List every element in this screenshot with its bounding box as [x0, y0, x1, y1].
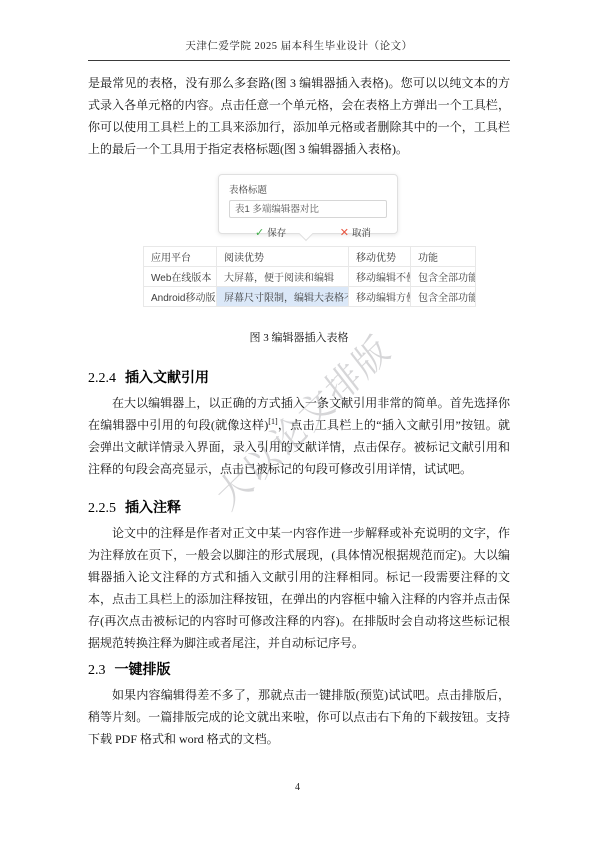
- editor-comparison-table: 应用平台 阅读优势 移动优势 功能 Web在线版本 大屏幕，便于阅读和编辑 移动…: [143, 246, 476, 307]
- section-number: 2.3: [88, 663, 106, 678]
- column-header: 应用平台: [144, 247, 217, 267]
- section-title: 插入文献引用: [125, 369, 209, 385]
- figure-editor-insert-table: 表格标题 表1 多端编辑器对比 ✓ 保存 ✕ 取消 应用平台 阅读优势 移动优势…: [88, 166, 510, 350]
- table-title-label: 表格标题: [229, 182, 387, 196]
- section-number: 2.2.5: [88, 501, 116, 516]
- column-header: 阅读优势: [217, 247, 349, 267]
- figure-caption: 图 3 编辑器插入表格: [88, 329, 510, 345]
- section-heading-2-2-5: 2.2.5插入注释: [88, 497, 510, 519]
- section-title: 一键排版: [115, 661, 171, 677]
- table-cell: 移动编辑不便: [349, 267, 411, 287]
- document-page: 天津仁爱学院 2025 届本科生毕业设计（论文） 是最常见的表格，没有那么多套路…: [0, 0, 595, 842]
- column-header: 移动优势: [349, 247, 411, 267]
- check-icon: ✓: [255, 226, 264, 239]
- table-cell: 包含全部功能: [411, 287, 476, 307]
- table-title-popup: 表格标题 表1 多端编辑器对比 ✓ 保存 ✕ 取消: [218, 174, 398, 234]
- citation-ref-marker: [1]: [268, 417, 277, 426]
- section-heading-2-2-4: 2.2.4插入文献引用: [88, 367, 510, 389]
- page-number: 4: [0, 782, 595, 793]
- section-title: 插入注释: [125, 499, 181, 515]
- table-cell: 包含全部功能: [411, 267, 476, 287]
- running-head: 天津仁爱学院 2025 届本科生毕业设计（论文）: [88, 38, 510, 61]
- table-cell: Android移动版本: [144, 287, 217, 307]
- intro-paragraph: 是最常见的表格，没有那么多套路(图 3 编辑器插入表格)。您可以以纯文本的方式录…: [88, 72, 510, 160]
- table-row: Web在线版本 大屏幕，便于阅读和编辑 移动编辑不便 包含全部功能: [144, 267, 476, 287]
- section-paragraph-2-3: 如果内容编辑得差不多了，那就点击一键排版(预览)试试吧。点击排版后，稍等片刻。一…: [88, 684, 510, 750]
- table-cell: 大屏幕，便于阅读和编辑: [217, 267, 349, 287]
- x-icon: ✕: [340, 226, 349, 239]
- section-number: 2.2.4: [88, 371, 116, 386]
- section-paragraph-2-2-5: 论文中的注释是作者对正文中某一内容作进一步解释或补充说明的文字，作为注释放在页下…: [88, 522, 510, 654]
- save-button: ✓ 保存: [255, 225, 286, 239]
- table-cell: 移动编辑方便: [349, 287, 411, 307]
- table-row: Android移动版本 屏幕尺寸限制，编辑大表格不便 移动编辑方便 包含全部功能: [144, 287, 476, 307]
- cancel-button-label: 取消: [352, 225, 371, 239]
- table-cell: Web在线版本: [144, 267, 217, 287]
- column-header: 功能: [411, 247, 476, 267]
- cancel-button: ✕ 取消: [340, 225, 371, 239]
- table-title-input: 表1 多端编辑器对比: [229, 200, 387, 218]
- table-header-row: 应用平台 阅读优势 移动优势 功能: [144, 247, 476, 267]
- save-button-label: 保存: [267, 225, 286, 239]
- section-paragraph-2-2-4: 在大以编辑器上，以正确的方式插入一条文献引用非常的简单。首先选择你在编辑器中引用…: [88, 392, 510, 480]
- section-heading-2-3: 2.3一键排版: [88, 659, 510, 681]
- table-cell-highlighted: 屏幕尺寸限制，编辑大表格不便: [217, 287, 349, 307]
